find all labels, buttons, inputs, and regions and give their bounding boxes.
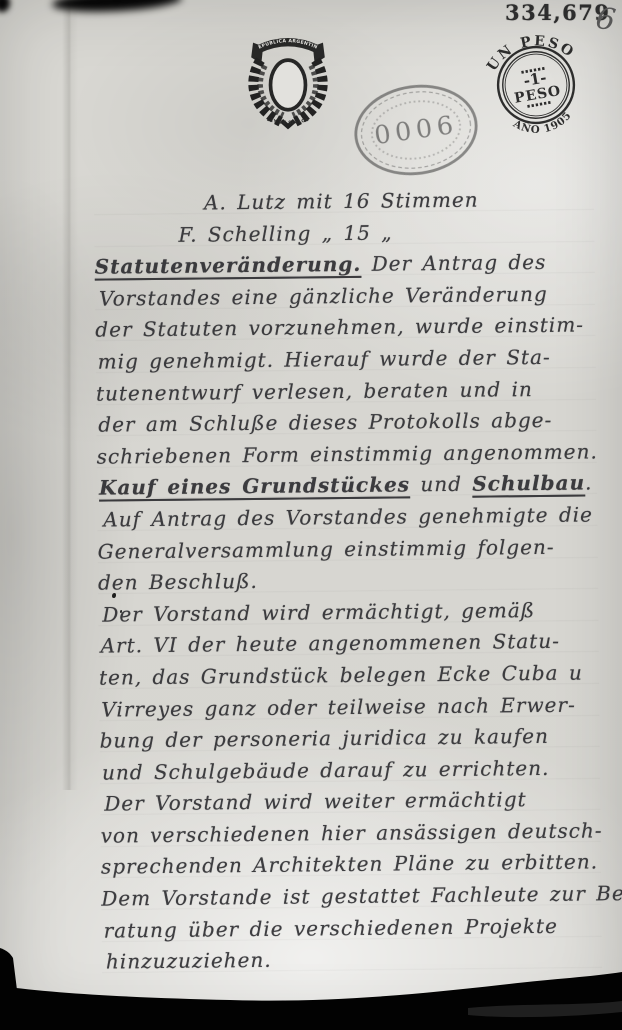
manuscript-text: von verschiedenen hier ansässigen deutsc… [101,818,603,847]
manuscript-text: Der Antrag des [361,250,546,276]
manuscript-text: der am Schluße dieses Protokolls abge- [98,408,552,437]
argentina-wreath-emblem-icon: REPUBLICA ARGENTINA LEY DE SELLOS [242,27,334,130]
manuscript: A. Lutz mit 16 StimmenF. Schelling „ 15 … [94,183,602,978]
manuscript-line: Virreyes ganz oder teilweise nach Erwer- [99,689,599,726]
manuscript-text: Generalversammlung einstimmig folgen- [98,534,555,563]
manuscript-text: Dem Vorstande ist gestattet Fachleute zu… [101,881,622,911]
control-number-stamp-icon: 0006 [348,77,484,183]
manuscript-text: hinzuzuziehen. [106,948,272,974]
manuscript-underlined-text: Schulbau [472,471,585,496]
manuscript-line: Statutenveränderung. Der Antrag des [95,247,595,284]
manuscript-text: schriebenen Form einstimmig angenommen. [97,439,598,468]
manuscript-text: sprechenden Architekten Pläne zu erbitte… [101,850,598,879]
manuscript-line: Auf Antrag des Vorstandes genehmigte die [97,499,597,536]
manuscript-text: mig genehmigt. Hierauf wurde der Sta- [98,345,551,374]
manuscript-text: Vorstandes eine gänzliche Veränderung [99,282,548,311]
manuscript-text: der Statuten vorzunehmen, wurde einstim- [95,313,584,342]
emblem-center-oval [271,60,306,110]
manuscript-line: sprechenden Architekten Pläne zu erbitte… [101,847,601,884]
paper-fold-crease [62,0,78,790]
manuscript-text: Virreyes ganz oder teilweise nach Erwer- [101,692,576,721]
stamp-bottom-arc-text: AÑO 1905 [509,107,577,141]
manuscript-underlined-text: Kauf eines Grundstückes [99,473,410,500]
manuscript-line: Kauf eines Grundstückes und Schulbau. [97,468,597,505]
manuscript-line: Vorstandes eine gänzliche Veränderung [95,278,595,315]
manuscript-line: bung der personeria juridica zu kaufen [100,720,600,757]
manuscript-line: ratung über die verschiedenen Projekte [101,910,601,947]
control-number-text: 0006 [372,110,459,151]
manuscript-text: ratung über die verschiedenen Projekte [104,913,558,942]
manuscript-line: hinzuzuziehen. [102,942,602,979]
manuscript-line: mig genehmigt. Hierauf wurde der Sta- [96,341,596,378]
manuscript-text: Der Vorstand wird weiter ermächtigt [104,787,527,815]
manuscript-text: und Schulgebäude darauf zu errichten. [102,756,550,785]
manuscript-line: A. Lutz mit 16 Stimmen [94,183,594,220]
manuscript-line: der am Schluße dieses Protokolls abge- [96,405,596,442]
manuscript-text: ten, das Grundstück belegen Ecke Cuba u [99,660,583,689]
manuscript-text: Art. VI der heute angenommenen Statu- [101,629,560,658]
manuscript-text: bung der personeria juridica zu kaufen [100,724,550,753]
manuscript-text: tutenentwurf verlesen, beraten und in [96,377,533,406]
manuscript-line: ten, das Grundstück belegen Ecke Cuba u [99,657,599,694]
manuscript-line: Der Vorstand wird weiter ermächtigt [100,784,600,821]
manuscript-line: von verschiedenen hier ansässigen deutsc… [100,815,600,852]
manuscript-text: A. Lutz mit 16 Stimmen [204,188,479,215]
photographed-document: 334,679 6 REPUBLICA ARGENTINA LEY DE SEL… [0,0,622,1030]
manuscript-line: tutenentwurf verlesen, beraten und in [96,373,596,410]
manuscript-line: Art. VI der heute angenommenen Statu- [99,626,599,663]
un-peso-revenue-stamp-icon: UN PESO -1- PESO AÑO 1905 [478,27,594,143]
manuscript-text: den Beschluß. [98,569,258,595]
manuscript-text: F. Schelling „ 15 „ [178,220,392,246]
manuscript-line: Generalversammlung einstimmig folgen- [98,531,598,568]
manuscript-text: . [585,471,593,495]
manuscript-underlined-text: Statutenveränderung. [95,252,362,279]
manuscript-text: Auf Antrag des Vorstandes genehmigte die [103,502,593,531]
manuscript-line: F. Schelling „ 15 „ [94,215,594,252]
manuscript-text: und [410,472,473,497]
manuscript-line: den Beschluß. [98,563,598,600]
manuscript-line: Der Vorstand wird ermächtigt, gemäß [98,594,598,631]
manuscript-text: Der Vorstand wird ermächtigt, gemäß [102,598,535,627]
manuscript-line: und Schulgebäude darauf zu errichten. [100,752,600,789]
manuscript-line: schriebenen Form einstimmig angenommen. [97,436,597,473]
manuscript-line: Dem Vorstande ist gestattet Fachleute zu… [101,878,601,915]
manuscript-line: der Statuten vorzunehmen, wurde einstim- [95,310,595,347]
